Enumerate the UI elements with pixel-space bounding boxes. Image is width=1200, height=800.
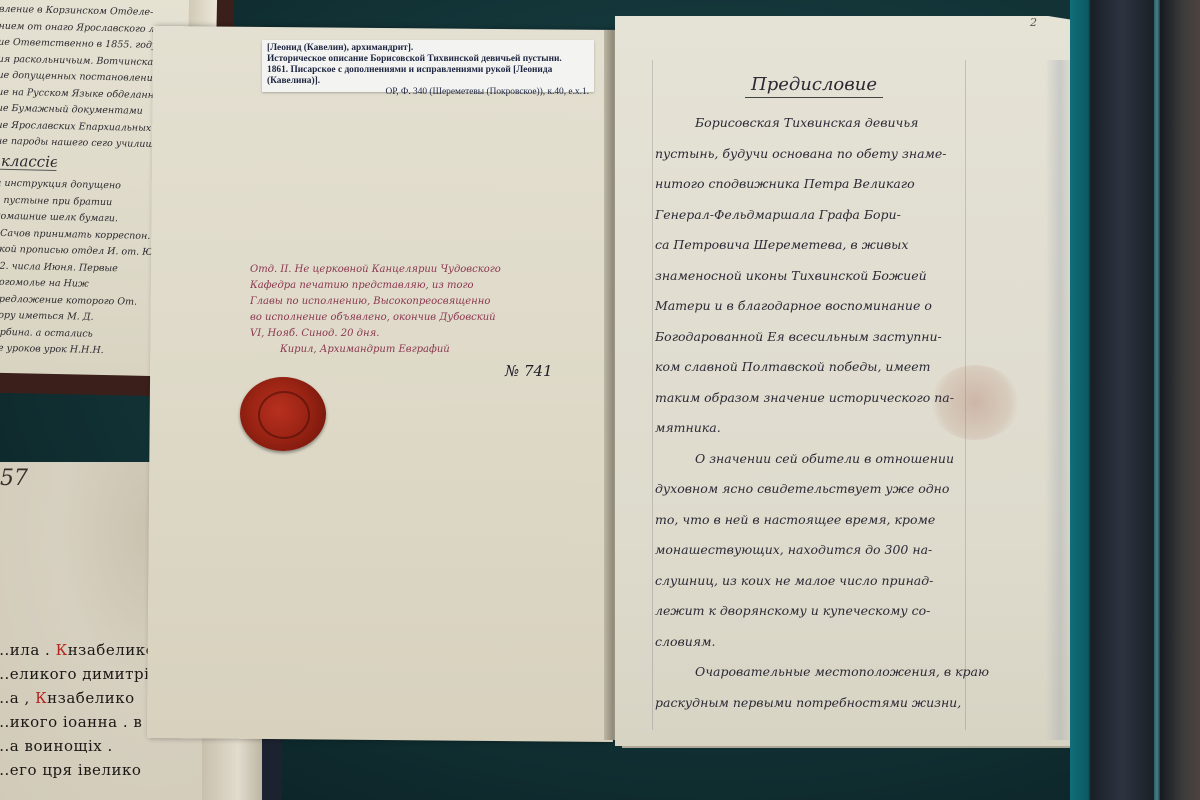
text-line: лежит к дворянскому и купеческому со- bbox=[655, 596, 1055, 627]
text-line: са Петровича Шереметева, в живых bbox=[655, 230, 1055, 261]
note-line: Кафедра печатию представляю, из того bbox=[250, 278, 615, 294]
manuscript-body: Борисовская Тихвинская девичья пустынь, … bbox=[655, 108, 1055, 718]
left-manuscript-page bbox=[147, 26, 619, 742]
text-line: Очаровательные местоположения, в краю bbox=[655, 657, 1055, 688]
text-line: Матери и в благодарное воспоминание о bbox=[655, 291, 1055, 322]
note-signature: Кирил, Архимандрит Евграфий bbox=[250, 342, 615, 358]
text-line: ...его цря iвелико bbox=[0, 758, 176, 782]
red-ink-note: Отд. II. Не церковной Канцелярии Чудовск… bbox=[250, 262, 615, 358]
text-line: Борисовская Тихвинская девичья bbox=[655, 108, 1055, 139]
margin-rule bbox=[652, 60, 653, 730]
text-line: то, что в ней в настоящее время, кроме bbox=[655, 505, 1055, 536]
registry-number: № 741 bbox=[505, 362, 553, 380]
display-case-frame bbox=[1070, 0, 1200, 800]
label-date-note: 1861. Писарское с дополнениями и исправл… bbox=[267, 65, 552, 75]
page-number: 2 bbox=[1030, 16, 1037, 29]
text-line: знаменосной иконы Тихвинской Божией bbox=[655, 261, 1055, 292]
wax-seal-icon bbox=[240, 377, 326, 451]
display-case-glass-edge bbox=[1154, 0, 1160, 800]
page-title: Предисловие bbox=[745, 74, 883, 98]
text-line: Генерал-Фельдмаршала Графа Бори- bbox=[655, 200, 1055, 231]
note-line: Главы по исполнению, Высокопреосвященно bbox=[250, 294, 615, 310]
text-line: пустынь, будучи основана по обету знаме- bbox=[655, 139, 1055, 170]
text-line: раскудным первыми потребностями жизни, bbox=[655, 688, 1055, 719]
text-line: духовном ясно свидетельствует уже одно bbox=[655, 474, 1055, 505]
section-heading: ...классiе. bbox=[0, 152, 57, 171]
note-line: Отд. II. Не церковной Канцелярии Чудовск… bbox=[250, 262, 615, 278]
label-date-note-cont: (Кавелина)]. bbox=[267, 76, 320, 86]
label-author: [Леонид (Кавелин), архимандрит]. bbox=[267, 43, 413, 53]
text-line: нитого сподвижника Петра Великаго bbox=[655, 169, 1055, 200]
text-line: словиям. bbox=[655, 627, 1055, 658]
exhibit-label: [Леонид (Кавелин), архимандрит]. Историч… bbox=[262, 40, 594, 92]
text-line: мятника. bbox=[655, 413, 1055, 444]
text-line: монашествующих, находится до 300 на- bbox=[655, 535, 1055, 566]
text-line: ком славной Полтавской победы, имеет bbox=[655, 352, 1055, 383]
folio-number: 57 bbox=[0, 466, 28, 491]
note-line: VI, Нояб. Синод. 20 дня. bbox=[250, 326, 615, 342]
text-line: О значении сей обители в отношении bbox=[655, 444, 1055, 475]
text-line: слушниц, из коих не малое число принад- bbox=[655, 566, 1055, 597]
note-line: во исполнение объявлено, окончив Дубовск… bbox=[250, 310, 615, 326]
label-title: Историческое описание Борисовской Тихвин… bbox=[267, 54, 562, 64]
text-line: таким образом значение исторического па- bbox=[655, 383, 1055, 414]
text-line: Богодарованной Ея всесильным заступни- bbox=[655, 322, 1055, 353]
label-archive-reference: ОР, Ф. 340 (Шереметевы (Покровское)), к.… bbox=[267, 87, 589, 98]
